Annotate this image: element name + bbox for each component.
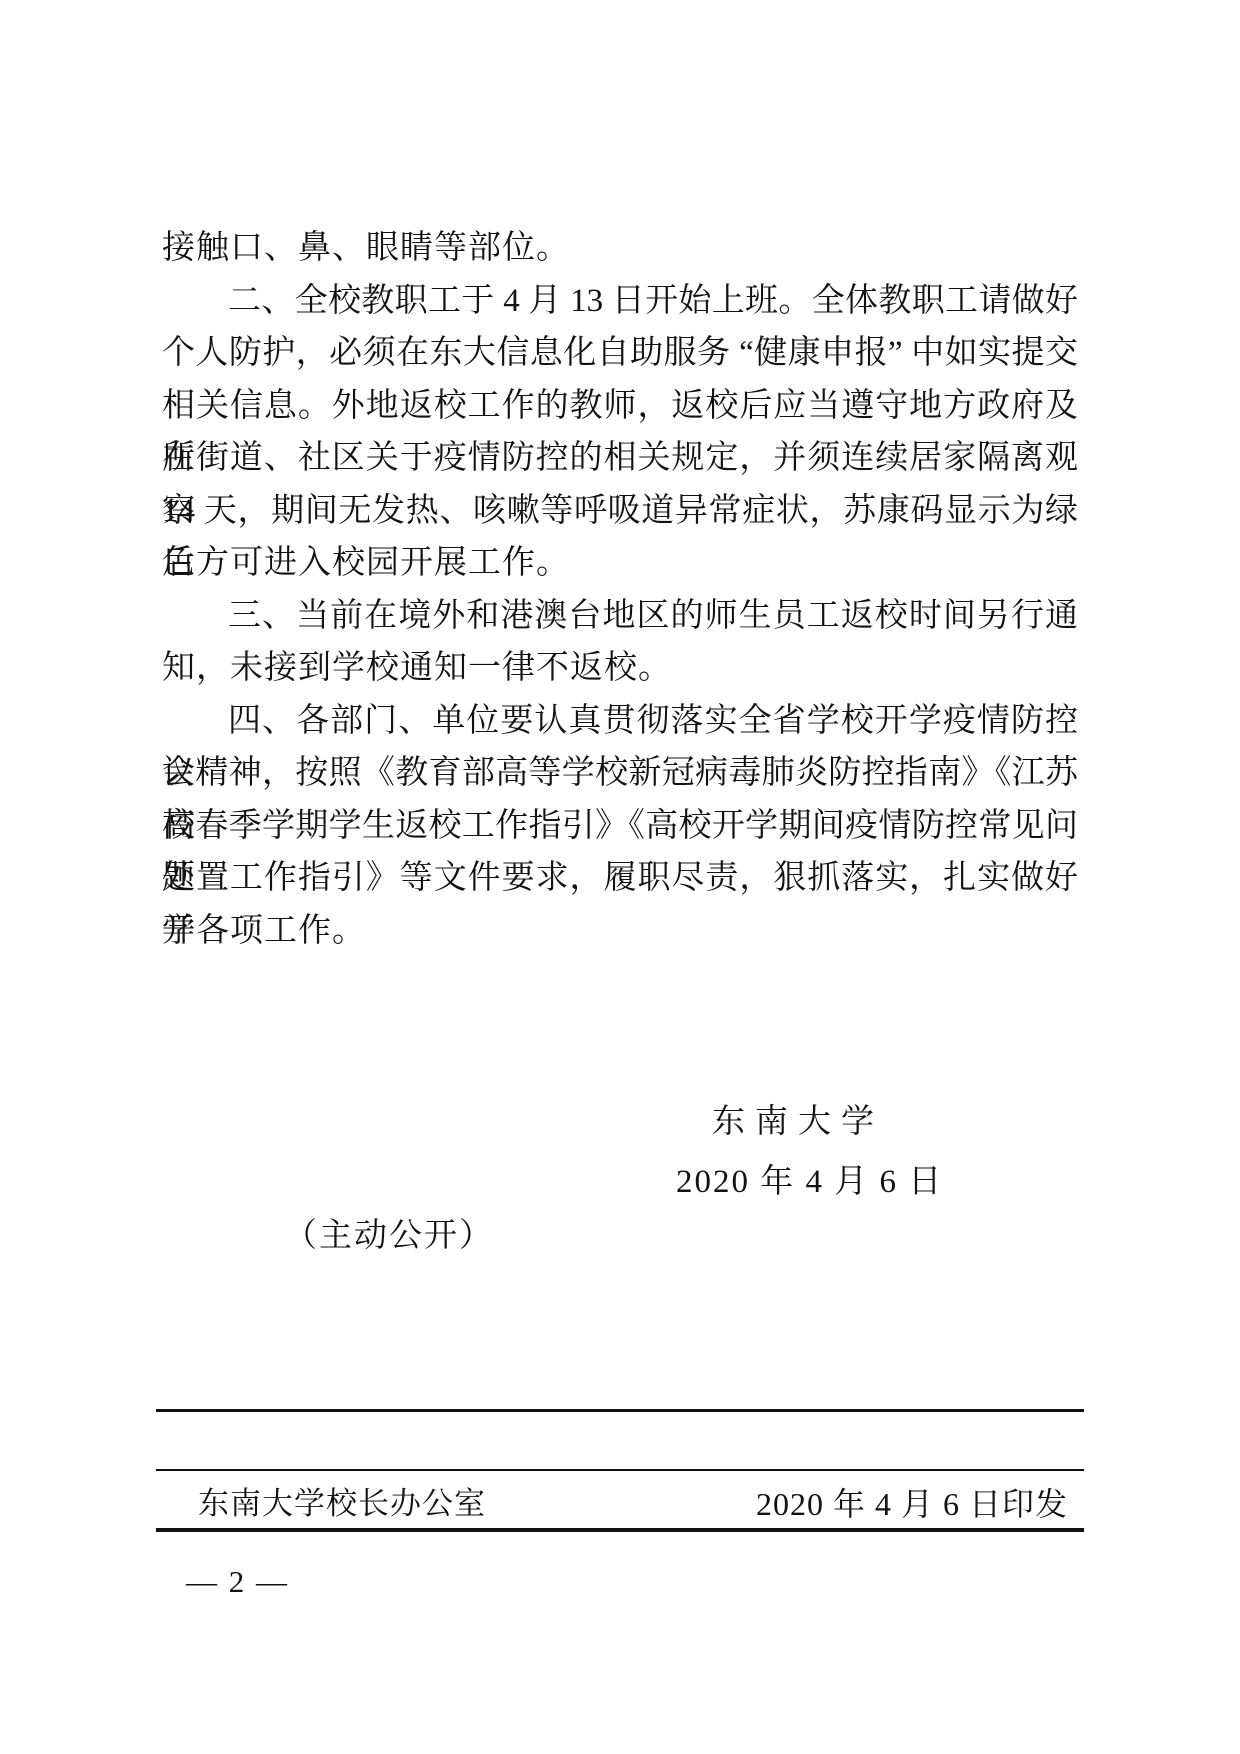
signature-date: 2020 年 4 月 6 日 <box>676 1160 943 1204</box>
body-line: 14 天，期间无发热、咳嗽等呼吸道异常症状，苏康码显示为绿色 <box>162 485 1078 538</box>
footer-issuer-office: 东南大学校长办公室 <box>198 1484 486 1524</box>
document-body: 接触口、鼻、眼睛等部位。 二、全校教职工于 4 月 13 日开始上班。全体教职工… <box>162 222 1078 957</box>
body-line: 议精神，按照《教育部高等学校新冠病毒肺炎防控指南》《江苏高 <box>162 747 1078 800</box>
document-page: 接触口、鼻、眼睛等部位。 二、全校教职工于 4 月 13 日开始上班。全体教职工… <box>0 0 1240 1754</box>
signature-organization: 东南大学 <box>712 1100 884 1144</box>
body-line: 处置工作指引》等文件要求，履职尽责，狠抓落实，扎实做好开 <box>162 852 1078 905</box>
body-line: 校春季学期学生返校工作指引》《高校开学期间疫情防控常见问题 <box>162 800 1078 853</box>
body-line: 后方可进入校园开展工作。 <box>162 537 1078 590</box>
body-line-para-3: 三、当前在境外和港澳台地区的师生员工返校时间另行通 <box>162 590 1078 643</box>
footer-separator-middle <box>156 1469 1084 1471</box>
disclosure-note: （主动公开） <box>284 1214 494 1258</box>
body-line: 个人防护，必须在东大信息化自助服务 “健康申报” 中如实提交 <box>162 327 1078 380</box>
body-line: 学各项工作。 <box>162 905 1078 958</box>
footer-print-date: 2020 年 4 月 6 日印发 <box>756 1484 1068 1524</box>
body-line-para-4: 四、各部门、单位要认真贯彻落实全省学校开学疫情防控会 <box>162 695 1078 748</box>
body-line-para-2: 二、全校教职工于 4 月 13 日开始上班。全体教职工请做好 <box>162 275 1078 328</box>
body-line: 接触口、鼻、眼睛等部位。 <box>162 222 1078 275</box>
body-line: 相关信息。外地返校工作的教师，返校后应当遵守地方政府及所 <box>162 380 1078 433</box>
body-line: 知，未接到学校通知一律不返校。 <box>162 642 1078 695</box>
page-number: — 2 — <box>186 1562 289 1602</box>
footer-separator-bottom <box>156 1528 1084 1532</box>
footer-separator-top <box>156 1409 1084 1412</box>
body-line: 在街道、社区关于疫情防控的相关规定，并须连续居家隔离观察 <box>162 432 1078 485</box>
